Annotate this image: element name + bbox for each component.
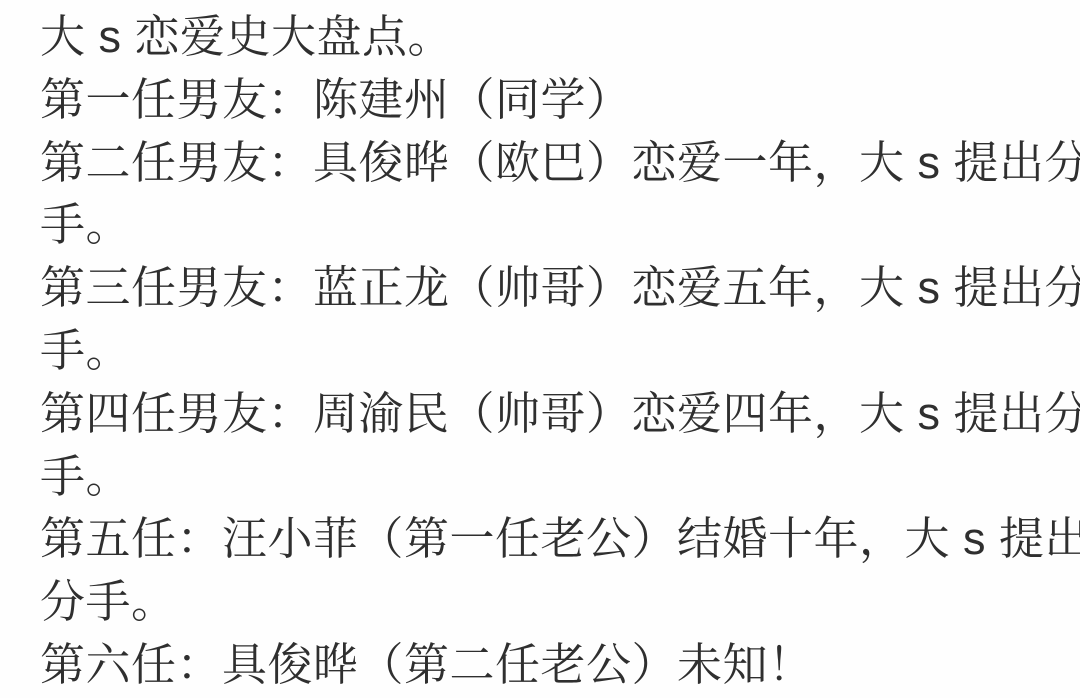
- screenshot-canvas: 大 s 恋爱史大盘点。 第一任男友：陈建州（同学） 第二任男友：具俊晔（欧巴）恋…: [0, 0, 1080, 698]
- text-line: 第五任：汪小菲（第一任老公）结婚十年，大 s 提出: [40, 508, 1062, 571]
- text-line: 分手。: [40, 571, 1062, 634]
- document-title-line: 大 s 恋爱史大盘点。: [40, 6, 1062, 69]
- text-line: 第六任：具俊晔（第二任老公）未知！: [40, 634, 1062, 697]
- text-line: 第二任男友：具俊晔（欧巴）恋爱一年，大 s 提出分: [40, 132, 1062, 195]
- text-line: 第一任男友：陈建州（同学）: [40, 69, 1062, 132]
- text-line: 手。: [40, 320, 1062, 383]
- text-document: 大 s 恋爱史大盘点。 第一任男友：陈建州（同学） 第二任男友：具俊晔（欧巴）恋…: [40, 6, 1062, 697]
- text-line: 第四任男友：周渝民（帅哥）恋爱四年，大 s 提出分: [40, 383, 1062, 446]
- text-line: 手。: [40, 446, 1062, 509]
- text-line: 第三任男友：蓝正龙（帅哥）恋爱五年，大 s 提出分: [40, 257, 1062, 320]
- text-line: 手。: [40, 194, 1062, 257]
